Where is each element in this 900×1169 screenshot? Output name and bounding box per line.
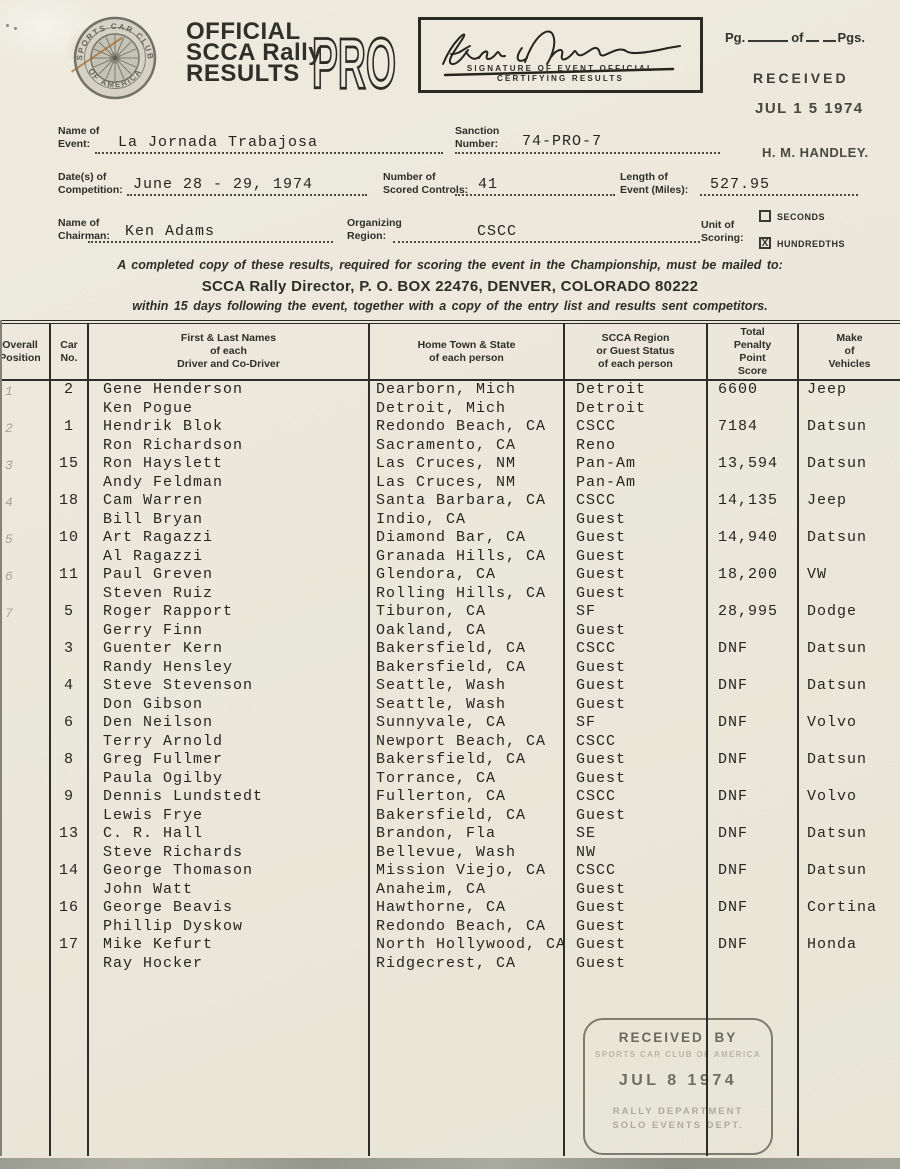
cell-regions: GuestGuest	[565, 529, 708, 566]
cell-vehicle-make: Jeep	[799, 492, 900, 529]
cell-regions: SENW	[565, 825, 708, 862]
mailing-instruction-line1: A completed copy of these results, requi…	[50, 258, 850, 272]
pro-badge: PRO	[307, 20, 402, 98]
cell-vehicle-make: Volvo	[799, 788, 900, 825]
signature-caption-line1: SIGNATURE OF EVENT OFFICIAL	[421, 64, 700, 73]
signature-caption-line2: CERTIFYING RESULTS	[421, 74, 700, 83]
table-row: 315Ron HayslettAndy FeldmanLas Cruces, N…	[2, 455, 900, 492]
cell-penalty-score: 28,995	[708, 603, 799, 640]
cell-car-number: 1	[51, 418, 89, 455]
cell-overall-position	[2, 862, 51, 899]
cell-penalty-score: 14,940	[708, 529, 799, 566]
filler-cell	[89, 973, 370, 1156]
dotted-line	[95, 152, 443, 154]
organizing-region-label: Organizing Region:	[347, 217, 402, 242]
cell-vehicle-make: Datsun	[799, 862, 900, 899]
competition-date-value: June 28 - 29, 1974	[133, 176, 313, 193]
cell-hometowns: Bakersfield, CABakersfield, CA	[370, 640, 565, 677]
pg-blank	[806, 31, 819, 42]
results-table-body: 12Gene HendersonKen PogueDearborn, MichD…	[2, 381, 900, 1156]
table-filler-row	[2, 973, 900, 1156]
received-stamp-title: RECEIVED	[753, 70, 849, 86]
cell-car-number: 17	[51, 936, 89, 973]
cell-car-number: 16	[51, 899, 89, 936]
cell-hometowns: Fullerton, CABakersfield, CA	[370, 788, 565, 825]
competition-date-label: Date(s) of Competition:	[58, 171, 123, 196]
cell-vehicle-make: Datsun	[799, 825, 900, 862]
cell-vehicle-make: Datsun	[799, 677, 900, 714]
cell-car-number: 13	[51, 825, 89, 862]
cell-regions: CSCCGuest	[565, 862, 708, 899]
received-stamp-name: H. M. HANDLEY.	[762, 145, 869, 160]
cell-penalty-score: DNF	[708, 751, 799, 788]
cell-driver-codriver: Ron HayslettAndy Feldman	[89, 455, 370, 492]
cell-car-number: 9	[51, 788, 89, 825]
cell-car-number: 11	[51, 566, 89, 603]
header-region-status: SCCA Region or Guest Status of each pers…	[565, 324, 708, 379]
cell-vehicle-make: Dodge	[799, 603, 900, 640]
cell-overall-position	[2, 640, 51, 677]
cell-car-number: 15	[51, 455, 89, 492]
cell-overall-position: 2	[2, 418, 51, 455]
cell-hometowns: Diamond Bar, CAGranada Hills, CA	[370, 529, 565, 566]
cell-car-number: 8	[51, 751, 89, 788]
cell-driver-codriver: George ThomasonJohn Watt	[89, 862, 370, 899]
dotted-line	[700, 194, 858, 196]
results-table-header: Overall Position Car No. First & Last Na…	[2, 320, 900, 381]
dotted-line	[455, 152, 720, 154]
signature-box: SIGNATURE OF EVENT OFFICIAL CERTIFYING R…	[418, 17, 703, 93]
cell-driver-codriver: Mike KefurtRay Hocker	[89, 936, 370, 973]
filler-cell	[2, 973, 51, 1156]
cell-overall-position	[2, 899, 51, 936]
table-row: 75Roger RapportGerry FinnTiburon, CAOakl…	[2, 603, 900, 640]
header-hometown: Home Town & State of each person	[370, 324, 565, 379]
cell-hometowns: Las Cruces, NMLas Cruces, NM	[370, 455, 565, 492]
cell-car-number: 4	[51, 677, 89, 714]
header-driver-names: First & Last Names of each Driver and Co…	[89, 324, 370, 379]
cell-driver-codriver: C. R. HallSteve Richards	[89, 825, 370, 862]
cell-overall-position: 1	[2, 381, 51, 418]
header-vehicle-make: Make of Vehicles	[799, 324, 900, 379]
pg-label: Pg.	[725, 30, 745, 45]
dotted-line	[393, 241, 700, 243]
cell-penalty-score: 6600	[708, 381, 799, 418]
cell-regions: GuestGuest	[565, 936, 708, 973]
cell-penalty-score: DNF	[708, 677, 799, 714]
cell-regions: Pan-AmPan-Am	[565, 455, 708, 492]
cell-overall-position	[2, 825, 51, 862]
cell-driver-codriver: Guenter KernRandy Hensley	[89, 640, 370, 677]
filler-cell	[708, 973, 799, 1156]
cell-penalty-score: 18,200	[708, 566, 799, 603]
cell-regions: CSCCGuest	[565, 492, 708, 529]
pencil-speck	[14, 27, 17, 30]
cell-regions: GuestGuest	[565, 899, 708, 936]
cell-vehicle-make: Datsun	[799, 455, 900, 492]
event-name-label: Name of Event:	[58, 125, 99, 150]
table-row: 8Greg FullmerPaula OgilbyBakersfield, CA…	[2, 751, 900, 788]
cell-overall-position	[2, 714, 51, 751]
table-row: 6Den NeilsonTerry ArnoldSunnyvale, CANew…	[2, 714, 900, 751]
table-row: 17Mike KefurtRay HockerNorth Hollywood, …	[2, 936, 900, 973]
table-row: 418Cam WarrenBill BryanSanta Barbara, CA…	[2, 492, 900, 529]
filler-cell	[799, 973, 900, 1156]
cell-hometowns: Mission Viejo, CAAnaheim, CA	[370, 862, 565, 899]
cell-vehicle-make: VW	[799, 566, 900, 603]
table-row: 611Paul GrevenSteven RuizGlendora, CARol…	[2, 566, 900, 603]
scan-edge	[0, 1158, 900, 1169]
scored-controls-label: Number of Scored Controls:	[383, 171, 468, 196]
cell-car-number: 6	[51, 714, 89, 751]
cell-overall-position	[2, 936, 51, 973]
cell-driver-codriver: Gene HendersonKen Pogue	[89, 381, 370, 418]
cell-hometowns: Dearborn, MichDetroit, Mich	[370, 381, 565, 418]
mailing-address: SCCA Rally Director, P. O. BOX 22476, DE…	[50, 278, 850, 295]
cell-vehicle-make: Honda	[799, 936, 900, 973]
cell-regions: CSCCReno	[565, 418, 708, 455]
cell-hometowns: Glendora, CARolling Hills, CA	[370, 566, 565, 603]
cell-driver-codriver: Greg FullmerPaula Ogilby	[89, 751, 370, 788]
cell-vehicle-make: Jeep	[799, 381, 900, 418]
cell-regions: SFCSCC	[565, 714, 708, 751]
table-row: 3Guenter KernRandy HensleyBakersfield, C…	[2, 640, 900, 677]
cell-overall-position: 5	[2, 529, 51, 566]
cell-car-number: 3	[51, 640, 89, 677]
chairman-label: Name of Chairman:	[58, 217, 110, 242]
cell-penalty-score: DNF	[708, 936, 799, 973]
cell-driver-codriver: Den NeilsonTerry Arnold	[89, 714, 370, 751]
cell-driver-codriver: Art RagazziAl Ragazzi	[89, 529, 370, 566]
cell-hometowns: Brandon, FlaBellevue, Wash	[370, 825, 565, 862]
cell-regions: CSCCGuest	[565, 788, 708, 825]
cell-driver-codriver: George BeavisPhillip Dyskow	[89, 899, 370, 936]
cell-regions: GuestGuest	[565, 677, 708, 714]
cell-driver-codriver: Roger RapportGerry Finn	[89, 603, 370, 640]
table-row: 9Dennis LundstedtLewis FryeFullerton, CA…	[2, 788, 900, 825]
cell-regions: GuestGuest	[565, 751, 708, 788]
cell-overall-position: 3	[2, 455, 51, 492]
cell-penalty-score: DNF	[708, 714, 799, 751]
unit-of-scoring-label: Unit of Scoring:	[701, 219, 744, 244]
organizing-region-value: CSCC	[477, 223, 517, 240]
dotted-line	[455, 194, 615, 196]
cell-hometowns: Seattle, WashSeattle, Wash	[370, 677, 565, 714]
cell-hometowns: Hawthorne, CARedondo Beach, CA	[370, 899, 565, 936]
page-title: OFFICIAL SCCA Rally RESULTS	[186, 21, 322, 84]
scca-seal-logo: SPORTS CAR CLUB OF AMERICA	[73, 16, 157, 100]
cell-penalty-score: DNF	[708, 825, 799, 862]
table-row: 13C. R. HallSteve RichardsBrandon, FlaBe…	[2, 825, 900, 862]
sanction-number-label: Sanction Number:	[455, 125, 499, 150]
cell-car-number: 18	[51, 492, 89, 529]
header-penalty-score: Total Penalty Point Score	[708, 324, 799, 379]
filler-cell	[565, 973, 708, 1156]
table-row: 16George BeavisPhillip DyskowHawthorne, …	[2, 899, 900, 936]
cell-overall-position: 7	[2, 603, 51, 640]
cell-car-number: 10	[51, 529, 89, 566]
cell-driver-codriver: Cam WarrenBill Bryan	[89, 492, 370, 529]
table-row: 21Hendrik BlokRon RichardsonRedondo Beac…	[2, 418, 900, 455]
table-row: 14George ThomasonJohn WattMission Viejo,…	[2, 862, 900, 899]
scanned-rally-results-form: SPORTS CAR CLUB OF AMERICA OFFICIAL SCCA…	[0, 0, 900, 1169]
checkbox-hundredths-label: HUNDREDTHS	[777, 239, 845, 249]
cell-vehicle-make: Datsun	[799, 751, 900, 788]
cell-hometowns: Redondo Beach, CASacramento, CA	[370, 418, 565, 455]
table-row: 510Art RagazziAl RagazziDiamond Bar, CAG…	[2, 529, 900, 566]
cell-penalty-score: 13,594	[708, 455, 799, 492]
page-counter: Pg.ofPgs.	[725, 30, 865, 45]
of-label: of	[791, 30, 803, 45]
cell-overall-position: 6	[2, 566, 51, 603]
cell-regions: GuestGuest	[565, 566, 708, 603]
cell-hometowns: Sunnyvale, CANewport Beach, CA	[370, 714, 565, 751]
results-table: Overall Position Car No. First & Last Na…	[0, 320, 900, 1156]
cell-overall-position	[2, 788, 51, 825]
cell-vehicle-make: Datsun	[799, 640, 900, 677]
mailing-instruction-line2: within 15 days following the event, toge…	[50, 299, 850, 313]
received-stamp-date: JUL 1 5 1974	[755, 100, 864, 117]
cell-vehicle-make: Cortina	[799, 899, 900, 936]
pg-blank	[823, 31, 836, 42]
cell-regions: CSCCGuest	[565, 640, 708, 677]
pgs-label: Pgs.	[838, 30, 865, 45]
cell-vehicle-make: Volvo	[799, 714, 900, 751]
cell-vehicle-make: Datsun	[799, 418, 900, 455]
cell-driver-codriver: Dennis LundstedtLewis Frye	[89, 788, 370, 825]
cell-overall-position: 4	[2, 492, 51, 529]
dotted-line	[127, 194, 367, 196]
filler-cell	[370, 973, 565, 1156]
event-name-value: La Jornada Trabajosa	[118, 134, 318, 151]
cell-penalty-score: DNF	[708, 862, 799, 899]
cell-regions: DetroitDetroit	[565, 381, 708, 418]
cell-hometowns: North Hollywood, CARidgecrest, CA	[370, 936, 565, 973]
pg-blank	[748, 31, 788, 42]
header-car-number: Car No.	[51, 324, 89, 379]
cell-car-number: 14	[51, 862, 89, 899]
pro-badge-text: PRO	[312, 25, 396, 98]
chairman-value: Ken Adams	[125, 223, 215, 240]
cell-overall-position	[2, 677, 51, 714]
cell-hometowns: Santa Barbara, CAIndio, CA	[370, 492, 565, 529]
pencil-speck	[6, 24, 9, 27]
filler-cell	[51, 973, 89, 1156]
table-row: 12Gene HendersonKen PogueDearborn, MichD…	[2, 381, 900, 418]
cell-penalty-score: DNF	[708, 899, 799, 936]
cell-vehicle-make: Datsun	[799, 529, 900, 566]
cell-driver-codriver: Paul GrevenSteven Ruiz	[89, 566, 370, 603]
cell-penalty-score: DNF	[708, 640, 799, 677]
cell-hometowns: Tiburon, CAOakland, CA	[370, 603, 565, 640]
checkbox-hundredths: X	[759, 237, 771, 249]
cell-penalty-score: 7184	[708, 418, 799, 455]
event-length-label: Length of Event (Miles):	[620, 171, 688, 196]
cell-driver-codriver: Steve StevensonDon Gibson	[89, 677, 370, 714]
cell-car-number: 5	[51, 603, 89, 640]
checkbox-seconds-label: SECONDS	[777, 212, 825, 222]
cell-regions: SFGuest	[565, 603, 708, 640]
header-overall-position-text: Overall Position	[2, 339, 41, 365]
table-row: 4Steve StevensonDon GibsonSeattle, WashS…	[2, 677, 900, 714]
scored-controls-value: 41	[478, 176, 498, 193]
cell-driver-codriver: Hendrik BlokRon Richardson	[89, 418, 370, 455]
cell-penalty-score: DNF	[708, 788, 799, 825]
header-overall-position: Overall Position	[2, 324, 51, 379]
cell-car-number: 2	[51, 381, 89, 418]
event-length-value: 527.95	[710, 176, 770, 193]
cell-hometowns: Bakersfield, CATorrance, CA	[370, 751, 565, 788]
cell-overall-position	[2, 751, 51, 788]
checkbox-seconds	[759, 210, 771, 222]
dotted-line	[88, 241, 333, 243]
cell-penalty-score: 14,135	[708, 492, 799, 529]
sanction-number-value: 74-PRO-7	[522, 133, 602, 150]
